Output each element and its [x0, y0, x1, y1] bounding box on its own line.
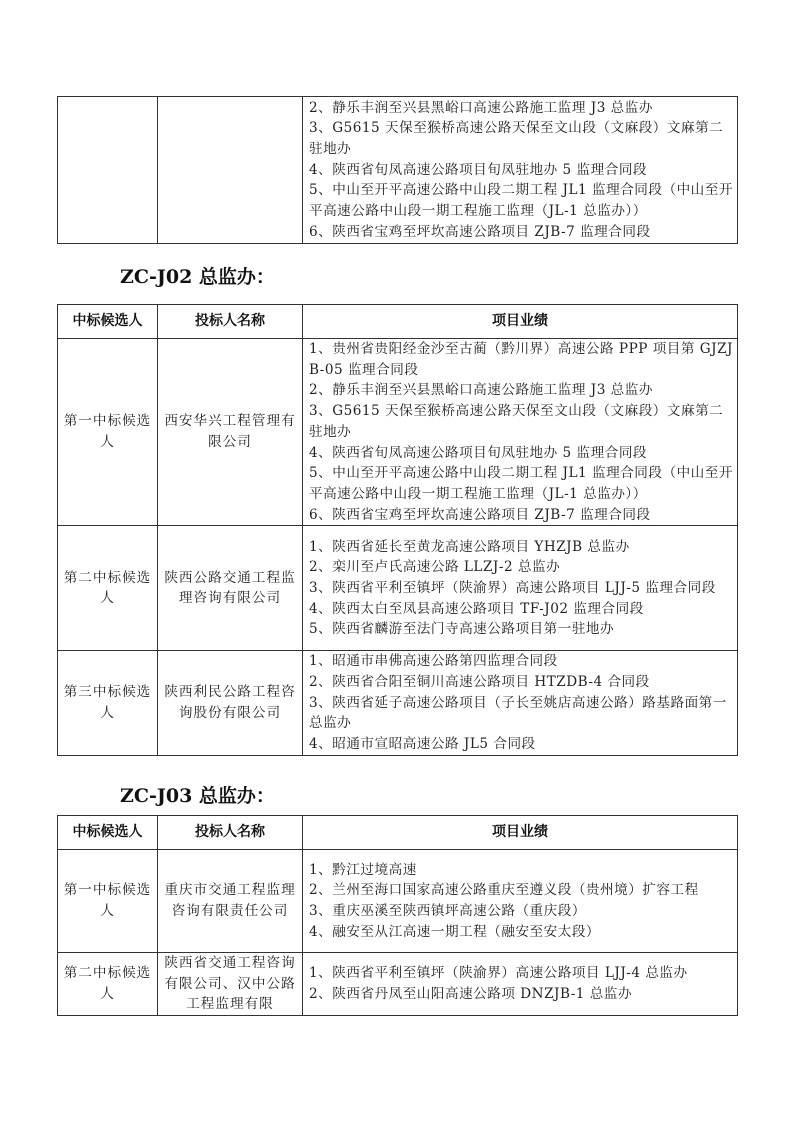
table-row: 第一中标候选人 西安华兴工程管理有限公司 1、贵州省贵阳经金沙至古蔺（黔川界）高… [58, 339, 738, 526]
project-item: 3、陕西省平利至镇坪（陕渝界）高速公路项目 LJJ-5 监理合同段 [309, 578, 733, 599]
project-item: 5、中山至开平高速公路中山段二期工程 JL1 监理合同段（中山至开平高速公路中山… [309, 463, 733, 504]
project-item: 4、陕西省旬凤高速公路项目旬凤驻地办 5 监理合同段 [309, 160, 733, 181]
table-row: 第一中标候选人 重庆市交通工程监理咨询有限责任公司 1、黔江过境高速 2、兰州至… [58, 850, 738, 953]
bidder-cell: 重庆市交通工程监理咨询有限责任公司 [158, 850, 303, 953]
project-item: 1、贵州省贵阳经金沙至古蔺（黔川界）高速公路 PPP 项目第 GJZJB-05 … [309, 339, 733, 380]
project-item: 3、G5615 天保至猴桥高速公路天保至文山段（文麻段）文麻第二驻地办 [309, 118, 733, 159]
bidder-cell: 陕西利民公路工程咨询股份有限公司 [158, 651, 303, 756]
column-header-performance: 项目业绩 [303, 305, 738, 339]
project-item: 2、兰州至海口国家高速公路重庆至遵义段（贵州境）扩容工程 [309, 880, 733, 901]
column-header-candidate: 中标候选人 [58, 305, 158, 339]
table-header-row: 中标候选人 投标人名称 项目业绩 [58, 816, 738, 850]
bidder-cell [158, 97, 303, 244]
candidate-cell: 第一中标候选人 [58, 339, 158, 526]
performance-cell: 1、黔江过境高速 2、兰州至海口国家高速公路重庆至遵义段（贵州境）扩容工程 3、… [303, 850, 738, 953]
bidder-cell: 陕西省交通工程咨询有限公司、汉中公路工程监理有限 [158, 953, 303, 1016]
project-item: 1、陕西省平利至镇坪（陕渝界）高速公路项目 LJJ-4 总监办 [309, 963, 733, 984]
project-item: 6、陕西省宝鸡至坪坎高速公路项目 ZJB-7 监理合同段 [309, 222, 733, 243]
candidate-cell: 第一中标候选人 [58, 850, 158, 953]
project-item: 1、黔江过境高速 [309, 860, 733, 881]
project-item: 4、昭通市宣昭高速公路 JL5 合同段 [309, 734, 733, 755]
table-row: 第二中标候选人 陕西省交通工程咨询有限公司、汉中公路工程监理有限 1、陕西省平利… [58, 953, 738, 1016]
project-item: 4、陕西太白至凤县高速公路项目 TF-J02 监理合同段 [309, 599, 733, 620]
project-item: 2、陕西省合阳至铜川高速公路项目 HTZDB-4 合同段 [309, 672, 733, 693]
bidder-cell: 陕西公路交通工程监理咨询有限公司 [158, 526, 303, 651]
section-heading-zc-j02: ZC-J02 总监办： [120, 262, 275, 289]
project-item: 4、陕西省旬凤高速公路项目旬凤驻地办 5 监理合同段 [309, 443, 733, 464]
project-item: 1、昭通市串佛高速公路第四监理合同段 [309, 651, 733, 672]
project-item: 1、陕西省延长至黄龙高速公路项目 YHZJB 总监办 [309, 537, 733, 558]
table-row: 第三中标候选人 陕西利民公路工程咨询股份有限公司 1、昭通市串佛高速公路第四监理… [58, 651, 738, 756]
table-header-row: 中标候选人 投标人名称 项目业绩 [58, 305, 738, 339]
project-item: 3、G5615 天保至猴桥高速公路天保至文山段（文麻段）文麻第二驻地办 [309, 401, 733, 442]
project-item: 6、陕西省宝鸡至坪坎高速公路项目 ZJB-7 监理合同段 [309, 505, 733, 526]
project-item: 5、陕西省麟游至法门寺高速公路项目第一驻地办 [309, 619, 733, 640]
candidate-cell [58, 97, 158, 244]
performance-cell: 1、贵州省贵阳经金沙至古蔺（黔川界）高速公路 PPP 项目第 GJZJB-05 … [303, 339, 738, 526]
column-header-bidder: 投标人名称 [158, 305, 303, 339]
project-item: 3、陕西省延子高速公路项目（子长至姚店高速公路）路基路面第一总监办 [309, 693, 733, 734]
section-heading-zc-j03: ZC-J03 总监办： [120, 781, 275, 808]
project-item: 3、重庆巫溪至陕西镇坪高速公路（重庆段） [309, 901, 733, 922]
project-item: 2、静乐丰润至兴县黑峪口高速公路施工监理 J3 总监办 [309, 98, 733, 119]
table-row: 第二中标候选人 陕西公路交通工程监理咨询有限公司 1、陕西省延长至黄龙高速公路项… [58, 526, 738, 651]
performance-cell: 2、静乐丰润至兴县黑峪口高速公路施工监理 J3 总监办 3、G5615 天保至猴… [303, 97, 738, 244]
column-header-candidate: 中标候选人 [58, 816, 158, 850]
continued-table: 2、静乐丰润至兴县黑峪口高速公路施工监理 J3 总监办 3、G5615 天保至猴… [57, 96, 738, 244]
table-row: 2、静乐丰润至兴县黑峪口高速公路施工监理 J3 总监办 3、G5615 天保至猴… [58, 97, 738, 244]
project-item: 5、中山至开平高速公路中山段二期工程 JL1 监理合同段（中山至开平高速公路中山… [309, 180, 733, 221]
results-table-zc-j02: 中标候选人 投标人名称 项目业绩 第一中标候选人 西安华兴工程管理有限公司 1、… [57, 304, 738, 756]
performance-cell: 1、昭通市串佛高速公路第四监理合同段 2、陕西省合阳至铜川高速公路项目 HTZD… [303, 651, 738, 756]
column-header-bidder: 投标人名称 [158, 816, 303, 850]
project-item: 2、栾川至卢氏高速公路 LLZJ-2 总监办 [309, 557, 733, 578]
results-table-zc-j03: 中标候选人 投标人名称 项目业绩 第一中标候选人 重庆市交通工程监理咨询有限责任… [57, 815, 738, 1016]
performance-cell: 1、陕西省平利至镇坪（陕渝界）高速公路项目 LJJ-4 总监办 2、陕西省丹凤至… [303, 953, 738, 1016]
project-item: 2、静乐丰润至兴县黑峪口高速公路施工监理 J3 总监办 [309, 380, 733, 401]
performance-cell: 1、陕西省延长至黄龙高速公路项目 YHZJB 总监办 2、栾川至卢氏高速公路 L… [303, 526, 738, 651]
bidder-cell: 西安华兴工程管理有限公司 [158, 339, 303, 526]
project-item: 2、陕西省丹凤至山阳高速公路项 DNZJB-1 总监办 [309, 984, 733, 1005]
candidate-cell: 第三中标候选人 [58, 651, 158, 756]
column-header-performance: 项目业绩 [303, 816, 738, 850]
candidate-cell: 第二中标候选人 [58, 526, 158, 651]
project-item: 4、融安至从江高速一期工程（融安至安太段） [309, 922, 733, 943]
candidate-cell: 第二中标候选人 [58, 953, 158, 1016]
